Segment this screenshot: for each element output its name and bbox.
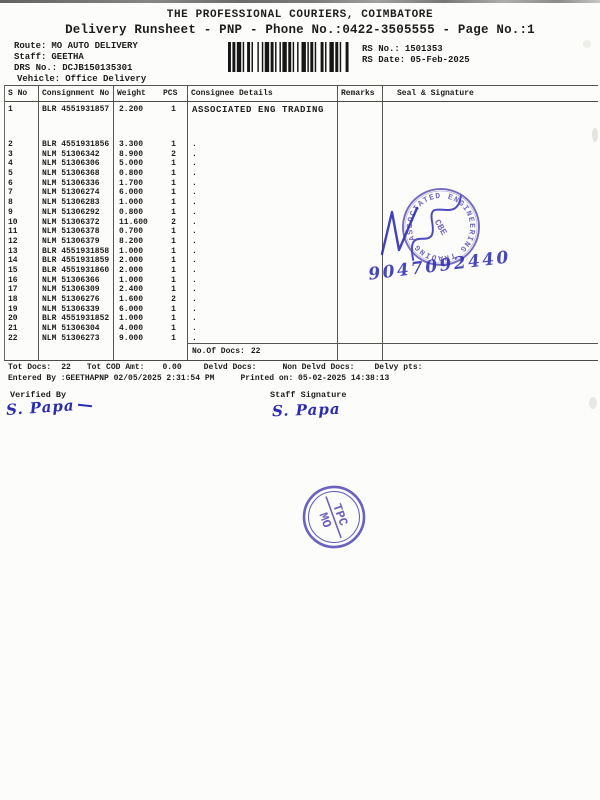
table-row: 21NLM 513063044.0001. — [5, 324, 598, 334]
tot-docs-value: 22 — [61, 363, 71, 372]
col-header-consignee: Consignee Details — [188, 86, 338, 101]
cell-weight: 1.600 — [114, 295, 160, 305]
cell-sno: 7 — [5, 188, 39, 198]
cell-consignment: NLM 51306274 — [39, 188, 114, 198]
cell-remarks — [338, 169, 383, 179]
handwritten-initial-scrawl-icon — [376, 202, 426, 262]
cell-consignee: . — [188, 159, 338, 169]
cell-weight: 1.000 — [114, 198, 160, 208]
vehicle-value: Office Delivery — [65, 74, 146, 84]
cell-consignee: . — [188, 314, 338, 324]
table-row: 18NLM 513062761.6002. — [5, 295, 598, 305]
table-row: 5NLM 513063680.8001. — [5, 169, 598, 179]
cell-consignee: . — [188, 169, 338, 179]
cell-pcs: 1 — [160, 314, 188, 324]
cell-sno: 3 — [5, 150, 39, 160]
vehicle-line: Vehicle:Office Delivery — [17, 74, 146, 84]
cell-pcs — [160, 343, 188, 360]
cell-remarks — [338, 159, 383, 169]
cell-remarks — [338, 102, 383, 140]
cell-consignee: ASSOCIATED ENG TRADING — [188, 102, 338, 140]
cell-consignment: NLM 51306306 — [39, 159, 114, 169]
cell-weight: 6.000 — [114, 305, 160, 315]
cell-pcs: 1 — [160, 334, 188, 344]
cell-pcs: 1 — [160, 159, 188, 169]
cell-weight: 2.000 — [114, 256, 160, 266]
scan-artifact — [589, 397, 597, 409]
cell-weight: 8.200 — [114, 237, 160, 247]
table-row: 1BLR 45519318572.2001ASSOCIATED ENG TRAD… — [5, 102, 598, 140]
cell-weight: 3.300 — [114, 140, 160, 150]
table-row: 20BLR 45519318521.0001. — [5, 314, 598, 324]
scan-artifact-top — [0, 0, 600, 3]
cell-consignee: . — [188, 324, 338, 334]
cell-sno: 10 — [5, 218, 39, 228]
cell-seal — [383, 140, 598, 150]
route-label: Route: — [14, 41, 46, 51]
cell-weight: 2.000 — [114, 266, 160, 276]
stamp-line2-text: MO — [315, 511, 333, 530]
docs-total-row: No.Of Docs:22 — [5, 343, 598, 360]
table-row: 16NLM 513063661.0001. — [5, 276, 598, 286]
cell-consignment: BLR 4551931852 — [39, 314, 114, 324]
totals-line: Tot Docs:22Tot COD Amt:0.00Delvd Docs:No… — [8, 363, 422, 372]
cell-consignment: NLM 51306378 — [39, 227, 114, 237]
cell-consignee: . — [188, 247, 338, 257]
cell-remarks — [338, 343, 383, 360]
cell-sno: 15 — [5, 266, 39, 276]
delivery-runsheet-document: THE PROFESSIONAL COURIERS, COIMBATORE De… — [0, 0, 600, 800]
cell-sno: 22 — [5, 334, 39, 344]
cell-pcs: 1 — [160, 198, 188, 208]
cell-pcs: 2 — [160, 295, 188, 305]
cell-seal — [383, 343, 598, 360]
cell-consignment — [39, 343, 114, 360]
drs-label: DRS No.: — [14, 63, 57, 73]
tot-cod-value: 0.00 — [162, 363, 181, 372]
cell-weight: 2.200 — [114, 102, 160, 140]
rs-no-value: 1501353 — [405, 44, 443, 54]
cell-remarks — [338, 314, 383, 324]
cell-sno: 11 — [5, 227, 39, 237]
cell-consignment: NLM 51306342 — [39, 150, 114, 160]
cell-consignee: . — [188, 218, 338, 228]
cell-consignee: . — [188, 285, 338, 295]
cell-weight: 5.000 — [114, 159, 160, 169]
table-row: 8NLM 513062831.0001. — [5, 198, 598, 208]
cell-sno: 19 — [5, 305, 39, 315]
col-header-remarks: Remarks — [338, 86, 383, 101]
cell-weight: 0.700 — [114, 227, 160, 237]
docs-total-cell: No.Of Docs:22 — [188, 343, 338, 360]
cell-remarks — [338, 140, 383, 150]
cell-sno: 12 — [5, 237, 39, 247]
cell-sno: 1 — [5, 102, 39, 140]
route-value: MO AUTO DELIVERY — [51, 41, 137, 51]
barcode-svg — [228, 42, 350, 72]
docs-label: No.Of Docs: — [192, 347, 245, 356]
cell-consignee: . — [188, 334, 338, 344]
col-header-sno: S No — [5, 86, 39, 101]
cell-consignment: BLR 4551931859 — [39, 256, 114, 266]
docs-count: 22 — [251, 347, 261, 356]
cell-seal — [383, 314, 598, 324]
table-row: 2BLR 45519318563.3001. — [5, 140, 598, 150]
cell-pcs: 1 — [160, 102, 188, 140]
cell-pcs: 1 — [160, 237, 188, 247]
cell-sno: 9 — [5, 208, 39, 218]
table-header-row: S No Consignment No Weight PCS Consignee… — [5, 86, 598, 102]
cell-consignment: NLM 51306273 — [39, 334, 114, 344]
cell-consignment: NLM 51306276 — [39, 295, 114, 305]
table-row: 3NLM 513063428.9002. — [5, 150, 598, 160]
cell-consignment: NLM 51306339 — [39, 305, 114, 315]
cell-consignee: . — [188, 227, 338, 237]
rs-date-label: RS Date: — [362, 55, 405, 65]
printed-on: Printed on: 05-02-2025 14:38:13 — [240, 374, 389, 383]
cell-weight — [114, 343, 160, 360]
cell-consignment: BLR 4551931857 — [39, 102, 114, 140]
stamp-inner-text: CBE — [432, 218, 449, 238]
cell-weight: 2.400 — [114, 285, 160, 295]
cell-consignee: . — [188, 305, 338, 315]
cell-seal — [383, 324, 598, 334]
cell-pcs: 1 — [160, 266, 188, 276]
cell-remarks — [338, 324, 383, 334]
cell-consignment: BLR 4551931860 — [39, 266, 114, 276]
cell-remarks — [338, 179, 383, 189]
cell-consignment: NLM 51306379 — [39, 237, 114, 247]
cell-sno: 16 — [5, 276, 39, 286]
cell-pcs: 1 — [160, 188, 188, 198]
table-row: 9NLM 513062920.8001. — [5, 208, 598, 218]
cell-remarks — [338, 305, 383, 315]
staff-line: Staff:GEETHA — [14, 52, 84, 62]
cell-weight: 1.000 — [114, 247, 160, 257]
cell-pcs: 1 — [160, 227, 188, 237]
table-row: 22NLM 513062739.0001. — [5, 334, 598, 344]
staff-signature-label: Staff Signature — [270, 390, 347, 400]
cell-pcs: 1 — [160, 324, 188, 334]
cell-sno: 20 — [5, 314, 39, 324]
cell-sno: 6 — [5, 179, 39, 189]
cell-consignee: . — [188, 150, 338, 160]
cell-pcs: 2 — [160, 150, 188, 160]
cell-weight: 11.600 — [114, 218, 160, 228]
cell-sno — [5, 343, 39, 360]
cell-consignment: NLM 51306368 — [39, 169, 114, 179]
rs-no-line: RS No.:1501353 — [362, 44, 443, 54]
cell-consignment: NLM 51306366 — [39, 276, 114, 286]
cell-consignee: . — [188, 140, 338, 150]
col-header-weight: Weight — [114, 86, 160, 101]
cell-sno: 2 — [5, 140, 39, 150]
staff-handwritten-signature: S. Papa — [272, 400, 341, 420]
drs-value: DCJB150135301 — [62, 63, 132, 73]
cell-consignment: NLM 51306309 — [39, 285, 114, 295]
table-row: 7NLM 513062746.0001. — [5, 188, 598, 198]
rs-no-label: RS No.: — [362, 44, 400, 54]
staff-value: GEETHA — [51, 52, 83, 62]
cell-weight: 1.000 — [114, 314, 160, 324]
cell-pcs: 1 — [160, 305, 188, 315]
table-row: 17NLM 513063092.4001. — [5, 285, 598, 295]
cell-sno: 5 — [5, 169, 39, 179]
route-line: Route:MO AUTO DELIVERY — [14, 41, 138, 51]
cell-consignment: NLM 51306336 — [39, 179, 114, 189]
tot-cod-label: Tot COD Amt: — [87, 363, 145, 372]
delvd-docs-label: Delvd Docs: — [204, 363, 257, 372]
cell-weight: 9.000 — [114, 334, 160, 344]
cell-pcs: 1 — [160, 247, 188, 257]
cell-pcs: 1 — [160, 179, 188, 189]
cell-weight: 6.000 — [114, 188, 160, 198]
col-header-pcs: PCS — [160, 86, 188, 101]
cell-remarks — [338, 334, 383, 344]
scan-artifact — [583, 40, 591, 48]
cell-sno: 17 — [5, 285, 39, 295]
cell-consignee: . — [188, 295, 338, 305]
cell-remarks — [338, 150, 383, 160]
cell-sno: 14 — [5, 256, 39, 266]
col-header-consignment: Consignment No — [39, 86, 114, 101]
cell-sno: 8 — [5, 198, 39, 208]
cell-seal — [383, 150, 598, 160]
cell-sno: 13 — [5, 247, 39, 257]
cell-consignee: . — [188, 276, 338, 286]
cell-seal — [383, 159, 598, 169]
cell-weight: 1.700 — [114, 179, 160, 189]
office-round-stamp: TPC MO — [297, 480, 372, 555]
table-row: 19NLM 513063396.0001. — [5, 305, 598, 315]
cell-weight: 4.000 — [114, 324, 160, 334]
cell-sno: 18 — [5, 295, 39, 305]
cell-weight: 8.900 — [114, 150, 160, 160]
rs-date-value: 05-Feb-2025 — [410, 55, 469, 65]
cell-consignment: BLR 4551931856 — [39, 140, 114, 150]
cell-consignment: NLM 51306372 — [39, 218, 114, 228]
staff-label: Staff: — [14, 52, 46, 62]
delvy-pts-label: Delvy pts: — [374, 363, 422, 372]
cell-weight: 1.000 — [114, 276, 160, 286]
cell-pcs: 1 — [160, 169, 188, 179]
cell-sno: 4 — [5, 159, 39, 169]
cell-pcs: 1 — [160, 256, 188, 266]
page-subtitle: Delivery Runsheet - PNP - Phone No.:0422… — [0, 23, 600, 37]
vehicle-label: Vehicle: — [17, 74, 60, 84]
cell-consignee: . — [188, 266, 338, 276]
col-header-seal: Seal & Signature — [383, 86, 598, 101]
cell-pcs: 1 — [160, 208, 188, 218]
table-row: 4NLM 513063065.0001. — [5, 159, 598, 169]
cell-consignment: NLM 51306283 — [39, 198, 114, 208]
page-title: THE PROFESSIONAL COURIERS, COIMBATORE — [0, 9, 600, 21]
cell-pcs: 2 — [160, 218, 188, 228]
cell-remarks — [338, 285, 383, 295]
entered-printed-line: Entered By :GEETHAPNP 02/05/2025 2:31:54… — [8, 374, 389, 383]
cell-seal — [383, 334, 598, 344]
cell-pcs: 1 — [160, 140, 188, 150]
cell-consignee: . — [188, 256, 338, 266]
cell-consignee: . — [188, 179, 338, 189]
non-delvd-docs-label: Non Delvd Docs: — [282, 363, 354, 372]
cell-consignee: . — [188, 198, 338, 208]
cell-consignee: . — [188, 188, 338, 198]
cell-consignment: NLM 51306304 — [39, 324, 114, 334]
tot-docs-label: Tot Docs: — [8, 363, 51, 372]
drs-line: DRS No.:DCJB150135301 — [14, 63, 132, 73]
cell-weight: 0.800 — [114, 208, 160, 218]
cell-sno: 21 — [5, 324, 39, 334]
rs-date-line: RS Date:05-Feb-2025 — [362, 55, 470, 65]
cell-consignment: BLR 4551931858 — [39, 247, 114, 257]
cell-consignee: . — [188, 208, 338, 218]
cell-seal — [383, 102, 598, 140]
cell-consignee: . — [188, 237, 338, 247]
entered-by: Entered By :GEETHAPNP 02/05/2025 2:31:54… — [8, 374, 214, 383]
cell-weight: 0.800 — [114, 169, 160, 179]
cell-consignment: NLM 51306292 — [39, 208, 114, 218]
cell-pcs: 1 — [160, 285, 188, 295]
cell-remarks — [338, 295, 383, 305]
table-row: 6NLM 513063361.7001. — [5, 179, 598, 189]
cell-pcs: 1 — [160, 276, 188, 286]
